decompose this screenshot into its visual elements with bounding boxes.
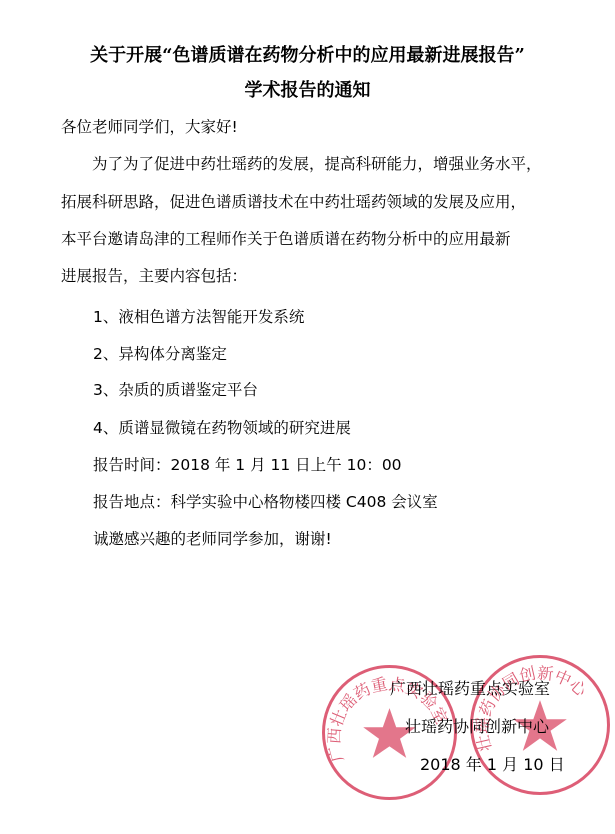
content-list-item: 3、杂质的质谱鉴定平台 [93,380,258,400]
notice-title-line-2: 学术报告的通知 [0,80,615,102]
report-time: 报告时间：2018 年 1 月 11 日上午 10：00 [93,455,402,475]
paragraph-line: 拓展科研思路，促进色谱质谱技术在中药壮瑶药领域的发展及应用， [61,192,526,212]
paragraph-line: 本平台邀请岛津的工程师作关于色谱质谱在药物分析中的应用最新 [61,229,511,249]
greeting: 各位老师同学们，大家好! [61,117,238,137]
paragraph-line: 进展报告，主要内容包括： [61,266,247,286]
notice-title-line-1: 关于开展“色谱质谱在药物分析中的应用最新进展报告” [0,45,615,67]
signature-date: 2018 年 1 月 10 日 [420,755,565,775]
report-place: 报告地点：科学实验中心格物楼四楼 C408 会议室 [93,492,438,512]
content-list-item: 2、异构体分离鉴定 [93,344,227,364]
content-list-item: 4、质谱显微镜在药物领域的研究进展 [93,418,351,438]
signature-organization-1: 广西壮瑶药重点实验室 [390,679,550,699]
invitation-text: 诚邀感兴趣的老师同学参加，谢谢! [93,529,332,549]
paragraph-line: 为了为了促进中药壮瑶药的发展，提高科研能力，增强业务水平， [92,154,542,174]
signature-organization-2: 壮瑶药协同创新中心 [405,717,549,737]
content-list-item: 1、液相色谱方法智能开发系统 [93,307,304,327]
